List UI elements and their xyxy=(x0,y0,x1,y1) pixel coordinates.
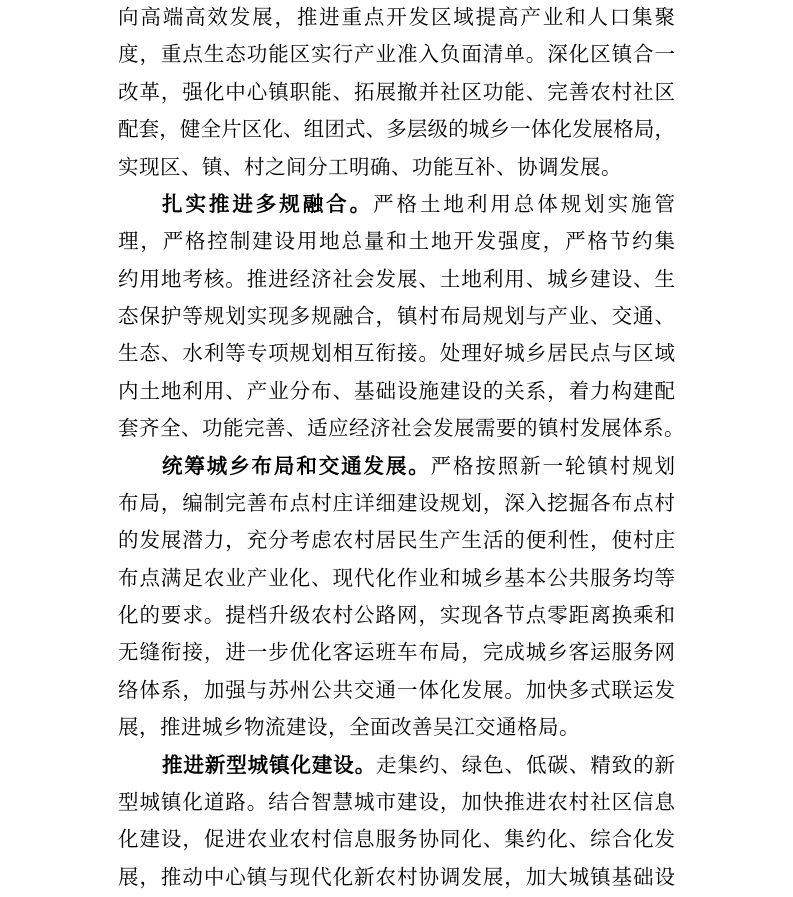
text-line: 化建设，促进农业农村信息服务协同化、集约化、综合化发 xyxy=(118,822,675,859)
line-text: 布局，编制完善布点村庄详细建设规划，深入挖掘各布点村 xyxy=(118,493,676,515)
text-line: 内土地利用、产业分布、基础设施建设的关系，着力构建配 xyxy=(118,374,675,411)
document-page: 向高端高效发展，推进重点开发区域提高产业和人口集聚度，重点生态功能区实行产业准入… xyxy=(0,0,793,897)
line-text: 化的要求。提档升级农村公路网，实现各节点零距离换乘和 xyxy=(118,605,676,627)
text-line: 向高端高效发展，推进重点开发区域提高产业和人口集聚 xyxy=(118,0,675,37)
line-text: 无缝衔接，进一步优化客运班车布局，完成城乡客运服务网 xyxy=(118,642,676,664)
line-text: 套齐全、功能完善、适应经济社会发展需要的镇村发展体系。 xyxy=(118,418,685,440)
line-text: 络体系，加强与苏州公共交通一体化发展。加快多式联运发 xyxy=(118,680,676,702)
text-line: 统筹城乡布局和交通发展。严格按照新一轮镇村规划 xyxy=(118,449,675,486)
text-line: 型城镇化道路。结合智慧城市建设，加快推进农村社区信息 xyxy=(118,785,675,822)
paragraph: 扎实推进多规融合。严格土地利用总体规划实施管理，严格控制建设用地总量和土地开发强… xyxy=(118,187,675,449)
line-text: 改革，强化中心镇职能、拓展撤并社区功能、完善农村社区 xyxy=(118,82,676,104)
text-line: 态保护等规划实现多规融合，镇村布局规划与产业、交通、 xyxy=(118,299,675,336)
paragraph-heading: 扎实推进多规融合。 xyxy=(162,194,373,216)
line-text: 展，推动中心镇与现代化新农村协调发展，加大城镇基础设 xyxy=(118,867,676,889)
line-text: 配套，健全片区化、组团式、多层级的城乡一体化发展格局， xyxy=(118,119,675,141)
line-text: 约用地考核。推进经济社会发展、土地利用、城乡建设、生 xyxy=(118,269,676,291)
text-line: 布局，编制完善布点村庄详细建设规划，深入挖掘各布点村 xyxy=(118,486,675,523)
text-line: 化的要求。提档升级农村公路网，实现各节点零距离换乘和 xyxy=(118,598,675,635)
line-text: 严格土地利用总体规划实施管 xyxy=(373,194,678,216)
line-text: 布点满足农业产业化、现代化作业和城乡基本公共服务均等 xyxy=(118,568,676,590)
text-line: 套齐全、功能完善、适应经济社会发展需要的镇村发展体系。 xyxy=(118,411,675,448)
text-line: 无缝衔接，进一步优化客运班车布局，完成城乡客运服务网 xyxy=(118,635,675,672)
line-text: 走集约、绿色、低碳、精致的新 xyxy=(376,755,676,777)
line-text: 实现区、镇、村之间分工明确、功能互补、协调发展。 xyxy=(118,157,622,179)
text-line: 配套，健全片区化、组团式、多层级的城乡一体化发展格局， xyxy=(118,112,675,149)
text-line: 生态、水利等专项规划相互衔接。处理好城乡居民点与区域 xyxy=(118,336,675,373)
line-text: 内土地利用、产业分布、基础设施建设的关系，着力构建配 xyxy=(118,381,676,403)
text-line: 展，推进城乡物流建设，全面改善吴江交通格局。 xyxy=(118,710,675,747)
text-line: 展，推动中心镇与现代化新农村协调发展，加大城镇基础设 xyxy=(118,860,675,897)
line-text: 型城镇化道路。结合智慧城市建设，加快推进农村社区信息 xyxy=(118,792,676,814)
paragraph: 统筹城乡布局和交通发展。严格按照新一轮镇村规划布局，编制完善布点村庄详细建设规划… xyxy=(118,449,675,748)
paragraph: 向高端高效发展，推进重点开发区域提高产业和人口集聚度，重点生态功能区实行产业准入… xyxy=(118,0,675,187)
line-text: 度，重点生态功能区实行产业准入负面清单。深化区镇合一 xyxy=(118,44,676,66)
document-body: 向高端高效发展，推进重点开发区域提高产业和人口集聚度，重点生态功能区实行产业准入… xyxy=(118,0,675,897)
text-line: 实现区、镇、村之间分工明确、功能互补、协调发展。 xyxy=(118,150,675,187)
paragraph: 推进新型城镇化建设。走集约、绿色、低碳、精致的新型城镇化道路。结合智慧城市建设，… xyxy=(118,748,675,897)
text-line: 布点满足农业产业化、现代化作业和城乡基本公共服务均等 xyxy=(118,561,675,598)
text-line: 理，严格控制建设用地总量和土地开发强度，严格节约集 xyxy=(118,224,675,261)
line-text: 的发展潜力，充分考虑农村居民生产生活的便利性，使村庄 xyxy=(118,530,676,552)
line-text: 向高端高效发展，推进重点开发区域提高产业和人口集聚 xyxy=(118,7,677,29)
text-line: 扎实推进多规融合。严格土地利用总体规划实施管 xyxy=(118,187,675,224)
text-line: 的发展潜力，充分考虑农村居民生产生活的便利性，使村庄 xyxy=(118,523,675,560)
line-text: 化建设，促进农业农村信息服务协同化、集约化、综合化发 xyxy=(118,829,676,851)
text-line: 推进新型城镇化建设。走集约、绿色、低碳、精致的新 xyxy=(118,748,675,785)
text-line: 约用地考核。推进经济社会发展、土地利用、城乡建设、生 xyxy=(118,262,675,299)
text-line: 改革，强化中心镇职能、拓展撤并社区功能、完善农村社区 xyxy=(118,75,675,112)
paragraph-heading: 统筹城乡布局和交通发展。 xyxy=(162,456,431,478)
text-line: 度，重点生态功能区实行产业准入负面清单。深化区镇合一 xyxy=(118,37,675,74)
line-text: 态保护等规划实现多规融合，镇村布局规划与产业、交通、 xyxy=(118,306,676,328)
paragraph-heading: 推进新型城镇化建设。 xyxy=(162,755,376,777)
line-text: 理，严格控制建设用地总量和土地开发强度，严格节约集 xyxy=(118,231,677,253)
line-text: 严格按照新一轮镇村规划 xyxy=(431,456,677,478)
line-text: 展，推进城乡物流建设，全面改善吴江交通格局。 xyxy=(118,717,580,739)
line-text: 生态、水利等专项规划相互衔接。处理好城乡居民点与区域 xyxy=(118,343,676,365)
text-line: 络体系，加强与苏州公共交通一体化发展。加快多式联运发 xyxy=(118,673,675,710)
